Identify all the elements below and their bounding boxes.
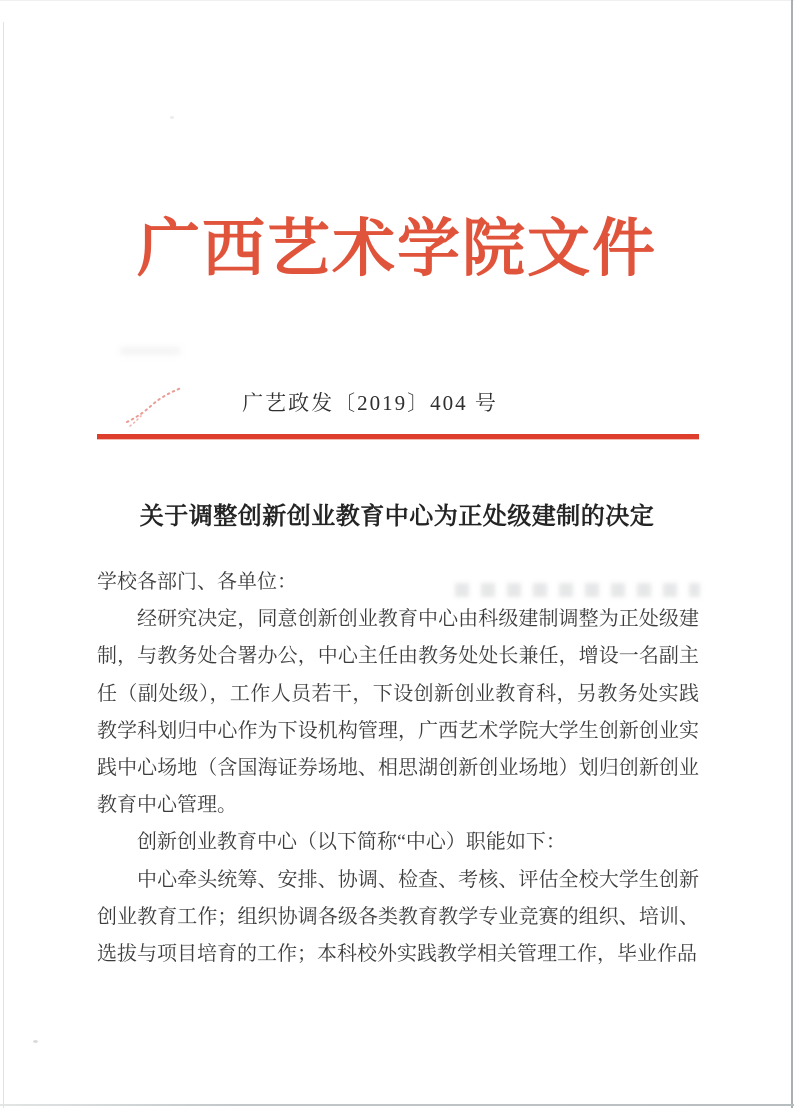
- red-separator-rule: [97, 434, 699, 439]
- document-title: 关于调整创新创业教育中心为正处级建制的决定: [0, 500, 794, 534]
- body-paragraph: 中心牵头统筹、安排、协调、检查、考核、评估全校大学生创新创业教育工作；组织协调各…: [97, 862, 699, 974]
- scan-edge-right: [791, 0, 793, 1108]
- scan-edge-top: [0, 0, 794, 1]
- scan-edge-left: [3, 22, 4, 1108]
- document-body: 学校各部门、各单位： 经研究决定，同意创新创业教育中心由科级建制调整为正处级建制…: [97, 564, 699, 973]
- scan-edge-bottom: [0, 1104, 794, 1106]
- red-header-org-title: 广西艺术学院文件: [0, 208, 794, 290]
- doc-number-row: 广艺政发〔2019〕404 号: [0, 388, 794, 418]
- scan-speck: [33, 1040, 38, 1043]
- red-pen-mark: [122, 386, 186, 428]
- salutation-line: 学校各部门、各单位：: [97, 564, 699, 601]
- scan-speck: [170, 116, 174, 119]
- body-paragraph: 创新创业教育中心（以下简称“中心）职能如下：: [97, 824, 699, 861]
- ink-bleed-artifact: [120, 347, 180, 355]
- scanned-document-page: 广西艺术学院文件 广艺政发〔2019〕404 号 关于调整创新创业教育中心为正处…: [0, 0, 794, 1108]
- doc-number: 广艺政发〔2019〕404 号: [242, 388, 498, 418]
- body-paragraph: 经研究决定，同意创新创业教育中心由科级建制调整为正处级建制，与教务处合署办公，中…: [97, 601, 699, 824]
